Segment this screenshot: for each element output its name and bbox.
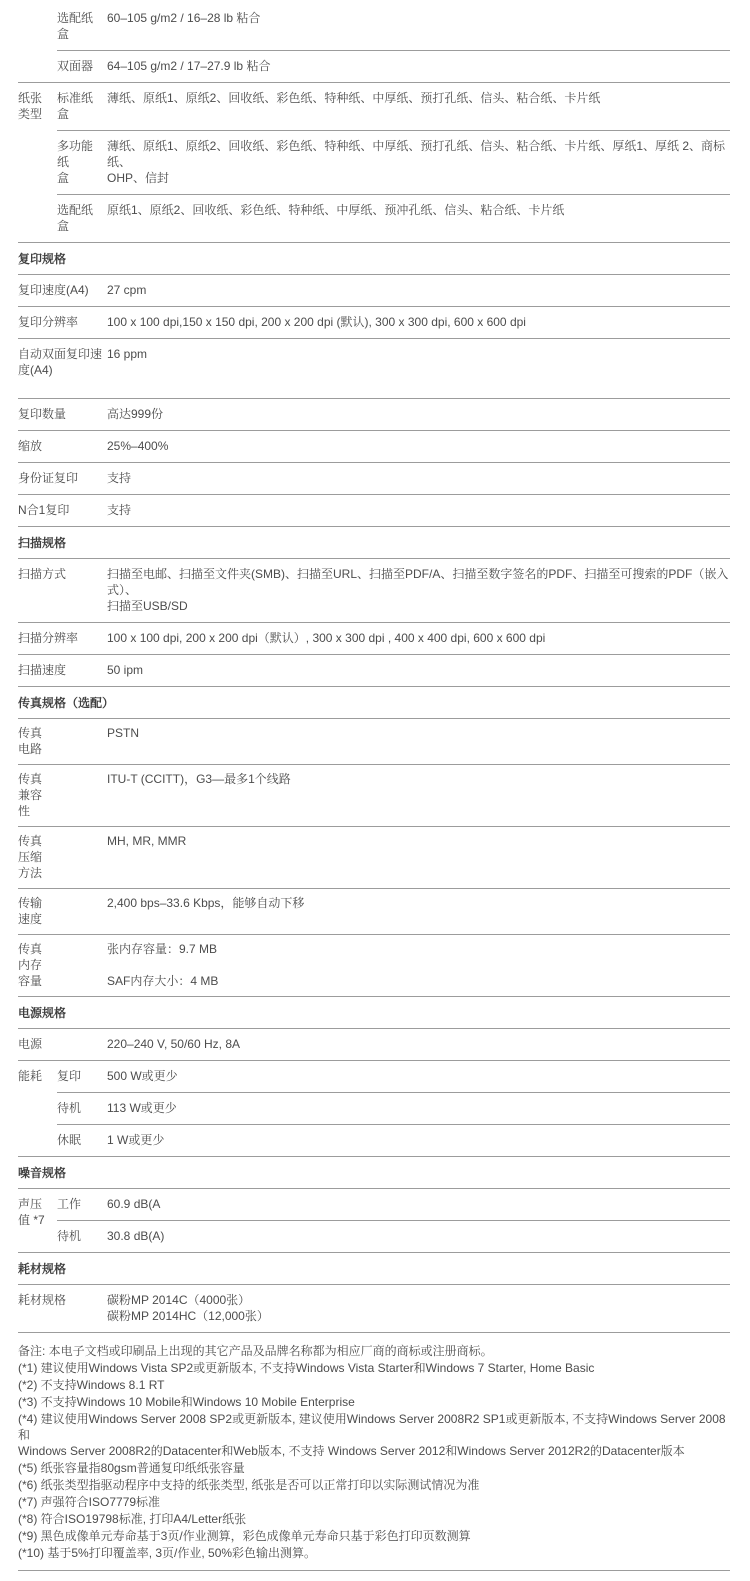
spec-page: 选配纸盒 60–105 g/m2 / 16–28 lb 粘合 双面器 64–10… — [0, 0, 750, 1581]
spec-value: MH, MR, MMR — [107, 833, 730, 881]
divider — [18, 1570, 730, 1571]
section-power-specs: 电源规格 电源 220–240 V, 50/60 Hz, 8A 能耗 复印 50… — [18, 997, 730, 1157]
sound-pressure-group: 声压 值 *7 工作 60.9 dB(A 待机 30.8 dB(A) — [18, 1189, 730, 1252]
spec-value: 薄纸、原纸1、原纸2、回收纸、彩色纸、特种纸、中厚纸、预打孔纸、信头、粘合纸、卡… — [107, 90, 730, 122]
spec-row-n-in-1: N合1复印 支持 — [18, 495, 730, 526]
section-title-power: 电源规格 — [18, 997, 730, 1028]
spec-sublabel: 待机 — [57, 1100, 107, 1116]
spec-value: 60–105 g/m2 / 16–28 lb 粘合 — [107, 10, 730, 42]
note-line: (*8) 符合ISO19798标准, 打印A4/Letter纸张 — [18, 1511, 730, 1527]
section-title-fax: 传真规格（选配） — [18, 687, 730, 718]
spec-spacer — [57, 895, 107, 927]
spec-value: 高达999份 — [107, 406, 730, 422]
spec-value: 支持 — [107, 470, 730, 486]
spec-row-copy-resolution: 复印分辨率 100 x 100 dpi,150 x 150 dpi, 200 x… — [18, 307, 730, 338]
note-line: (*7) 声强符合ISO7779标准 — [18, 1494, 730, 1510]
spec-label: 声压 值 *7 — [18, 1189, 57, 1252]
spec-sublabel: 多功能纸 盒 — [57, 138, 107, 186]
spec-value: 30.8 dB(A) — [107, 1228, 730, 1244]
spec-spacer — [57, 941, 107, 989]
spec-row-noise-operating: 工作 60.9 dB(A — [57, 1189, 730, 1220]
section-title-copy: 复印规格 — [18, 243, 730, 274]
section-title-scan: 扫描规格 — [18, 527, 730, 558]
spec-spacer — [57, 725, 107, 757]
spec-value: 64–105 g/m2 / 17–27.9 lb 粘合 — [107, 58, 730, 74]
spec-row-fax-circuit: 传真 电路 PSTN — [18, 719, 730, 764]
spec-sublabel: 休眠 — [57, 1132, 107, 1148]
note-line: (*1) 建议使用Windows Vista SP2或更新版本, 不支持Wind… — [18, 1360, 730, 1376]
spec-label-paper-type: 纸张 类型 — [18, 83, 57, 242]
section-fax-specs: 传真规格（选配） 传真 电路 PSTN 传真 兼容 性 ITU-T (CCITT… — [18, 687, 730, 997]
spec-row-optional-tray-type: 选配纸盒 原纸1、原纸2、回收纸、彩色纸、特种纸、中厚纸、预冲孔纸、信头、粘合纸… — [57, 195, 730, 242]
spec-row-toner: 耗材规格 碳粉MP 2014C（4000张） 碳粉MP 2014HC（12,00… — [18, 1285, 730, 1332]
note-line: 备注: 本电子文档或印刷品上出现的其它产品及品牌名称都为相应厂商的商标或注册商标… — [18, 1343, 730, 1359]
spec-row-scan-modes: 扫描方式 扫描至电邮、扫描至文件夹(SMB)、扫描至URL、扫描至PDF/A、扫… — [18, 559, 730, 622]
spec-row-noise-standby: 待机 30.8 dB(A) — [57, 1221, 730, 1252]
spec-value: 27 cpm — [107, 282, 730, 298]
spec-label: 传输 速度 — [18, 895, 57, 927]
spec-sublabel: 工作 — [57, 1196, 107, 1212]
spec-row-fax-compression: 传真 压缩 方法 MH, MR, MMR — [18, 827, 730, 888]
spec-label: 传真 兼容 性 — [18, 771, 57, 819]
spec-value: 扫描至电邮、扫描至文件夹(SMB)、扫描至URL、扫描至PDF/A、扫描至数字签… — [107, 566, 730, 614]
section-scan-specs: 扫描规格 扫描方式 扫描至电邮、扫描至文件夹(SMB)、扫描至URL、扫描至PD… — [18, 527, 730, 687]
spec-value: ITU-T (CCITT)，G3—最多1个线路 — [107, 771, 730, 819]
spec-value: 碳粉MP 2014C（4000张） 碳粉MP 2014HC（12,000张） — [107, 1292, 730, 1324]
spec-value: 2,400 bps–33.6 Kbps，能够自动下移 — [107, 895, 730, 927]
spec-row-duplex-weight: 双面器 64–105 g/m2 / 17–27.9 lb 粘合 — [57, 51, 730, 82]
spec-value: 113 W或更少 — [107, 1100, 730, 1116]
spec-value: 100 x 100 dpi, 200 x 200 dpi（默认）, 300 x … — [107, 630, 730, 646]
spec-label: 复印数量 — [18, 406, 107, 422]
spec-label: 传真 内存 容量 — [18, 941, 57, 989]
section-paper-specs: 选配纸盒 60–105 g/m2 / 16–28 lb 粘合 双面器 64–10… — [18, 3, 730, 243]
spec-value: 张内存容量：9.7 MB SAF内存大小：4 MB — [107, 941, 730, 989]
spec-spacer — [57, 833, 107, 881]
spec-label: 耗材规格 — [18, 1292, 107, 1324]
spec-label: 复印速度(A4) — [18, 282, 107, 298]
note-line: (*9) 黑色成像单元寿命基于3页/作业测算，彩色成像单元寿命只基于彩色打印页数… — [18, 1528, 730, 1544]
spec-row-power-standby: 待机 113 W或更少 — [57, 1093, 730, 1124]
note-line: (*2) 不支持Windows 8.1 RT — [18, 1377, 730, 1393]
spec-row-power-copying: 复印 500 W或更少 — [57, 1061, 730, 1092]
spec-sublabel: 选配纸盒 — [57, 10, 107, 42]
spec-label: 扫描方式 — [18, 566, 107, 614]
paper-type-group: 纸张 类型 标准纸盒 薄纸、原纸1、原纸2、回收纸、彩色纸、特种纸、中厚纸、预打… — [18, 83, 730, 242]
spec-value: 60.9 dB(A — [107, 1196, 730, 1212]
spec-label — [18, 3, 57, 82]
note-line: (*6) 纸张类型指驱动程序中支持的纸张类型, 纸张是否可以正常打印以实际测试情… — [18, 1477, 730, 1493]
spec-row-id-copy: 身份证复印 支持 — [18, 463, 730, 494]
spec-label: 传真 压缩 方法 — [18, 833, 57, 881]
spec-value: 25%–400% — [107, 438, 730, 454]
spec-row-scan-resolution: 扫描分辨率 100 x 100 dpi, 200 x 200 dpi（默认）, … — [18, 623, 730, 654]
spec-label: 扫描分辨率 — [18, 630, 107, 646]
spec-sublabel: 选配纸盒 — [57, 202, 107, 234]
spec-value: 16 ppm — [107, 346, 730, 378]
section-copy-specs: 复印规格 复印速度(A4) 27 cpm 复印分辨率 100 x 100 dpi… — [18, 243, 730, 527]
section-noise-specs: 噪音规格 声压 值 *7 工作 60.9 dB(A 待机 30.8 dB(A) — [18, 1157, 730, 1253]
note-line: (*10) 基于5%打印覆盖率, 3页/作业, 50%彩色输出测算。 — [18, 1545, 730, 1561]
paper-weight-group: 选配纸盒 60–105 g/m2 / 16–28 lb 粘合 双面器 64–10… — [18, 3, 730, 82]
spec-row-copy-speed: 复印速度(A4) 27 cpm — [18, 275, 730, 306]
spec-row-duplex-copy-speed: 自动双面复印速 度(A4) 16 ppm — [18, 339, 730, 398]
section-title-supplies: 耗材规格 — [18, 1253, 730, 1284]
spec-label: 身份证复印 — [18, 470, 107, 486]
spec-spacer — [57, 771, 107, 819]
note-line: (*4) 建议使用Windows Server 2008 SP2或更新版本, 建… — [18, 1411, 730, 1459]
spec-label: 缩放 — [18, 438, 107, 454]
spec-value: 100 x 100 dpi,150 x 150 dpi, 200 x 200 d… — [107, 314, 730, 330]
spec-sublabel: 复印 — [57, 1068, 107, 1084]
spec-label: N合1复印 — [18, 502, 107, 518]
spec-sublabel: 标准纸盒 — [57, 90, 107, 122]
section-title-noise: 噪音规格 — [18, 1157, 730, 1188]
spec-label: 传真 电路 — [18, 725, 57, 757]
spec-value: 1 W或更少 — [107, 1132, 730, 1148]
spec-value: PSTN — [107, 725, 730, 757]
spec-label: 复印分辨率 — [18, 314, 107, 330]
spec-row-scan-speed: 扫描速度 50 ipm — [18, 655, 730, 686]
power-consumption-group: 能耗 复印 500 W或更少 待机 113 W或更少 休眠 1 W或更少 — [18, 1061, 730, 1156]
spec-label: 电源 — [18, 1036, 107, 1052]
spec-row-fax-compatibility: 传真 兼容 性 ITU-T (CCITT)，G3—最多1个线路 — [18, 765, 730, 826]
spec-row-power-source: 电源 220–240 V, 50/60 Hz, 8A — [18, 1029, 730, 1060]
spec-row-fax-transmission-speed: 传输 速度 2,400 bps–33.6 Kbps，能够自动下移 — [18, 889, 730, 934]
spec-row-optional-tray-weight: 选配纸盒 60–105 g/m2 / 16–28 lb 粘合 — [57, 3, 730, 50]
spec-value: 支持 — [107, 502, 730, 518]
spec-row-standard-tray: 标准纸盒 薄纸、原纸1、原纸2、回收纸、彩色纸、特种纸、中厚纸、预打孔纸、信头、… — [57, 83, 730, 130]
spec-sublabel: 双面器 — [57, 58, 107, 74]
spec-label: 自动双面复印速 度(A4) — [18, 346, 107, 378]
note-line: (*3) 不支持Windows 10 Mobile和Windows 10 Mob… — [18, 1394, 730, 1410]
section-supplies-specs: 耗材规格 耗材规格 碳粉MP 2014C（4000张） 碳粉MP 2014HC（… — [18, 1253, 730, 1333]
spec-value: 薄纸、原纸1、原纸2、回收纸、彩色纸、特种纸、中厚纸、预打孔纸、信头、粘合纸、卡… — [107, 138, 730, 186]
footnotes: 备注: 本电子文档或印刷品上出现的其它产品及品牌名称都为相应厂商的商标或注册商标… — [18, 1333, 730, 1561]
spec-value: 原纸1、原纸2、回收纸、彩色纸、特种纸、中厚纸、预冲孔纸、信头、粘合纸、卡片纸 — [107, 202, 730, 234]
spec-value: 500 W或更少 — [107, 1068, 730, 1084]
spec-label: 能耗 — [18, 1061, 57, 1156]
spec-value: 220–240 V, 50/60 Hz, 8A — [107, 1036, 730, 1052]
spec-row-bypass-tray: 多功能纸 盒 薄纸、原纸1、原纸2、回收纸、彩色纸、特种纸、中厚纸、预打孔纸、信… — [57, 131, 730, 194]
note-line: (*5) 纸张容量指80gsm普通复印纸纸张容量 — [18, 1460, 730, 1476]
spec-value: 50 ipm — [107, 662, 730, 678]
spec-label: 扫描速度 — [18, 662, 107, 678]
spec-row-fax-memory: 传真 内存 容量 张内存容量：9.7 MB SAF内存大小：4 MB — [18, 935, 730, 996]
spec-row-zoom: 缩放 25%–400% — [18, 431, 730, 462]
spec-row-power-sleep: 休眠 1 W或更少 — [57, 1125, 730, 1156]
spec-row-copy-quantity: 复印数量 高达999份 — [18, 399, 730, 430]
spec-sublabel: 待机 — [57, 1228, 107, 1244]
